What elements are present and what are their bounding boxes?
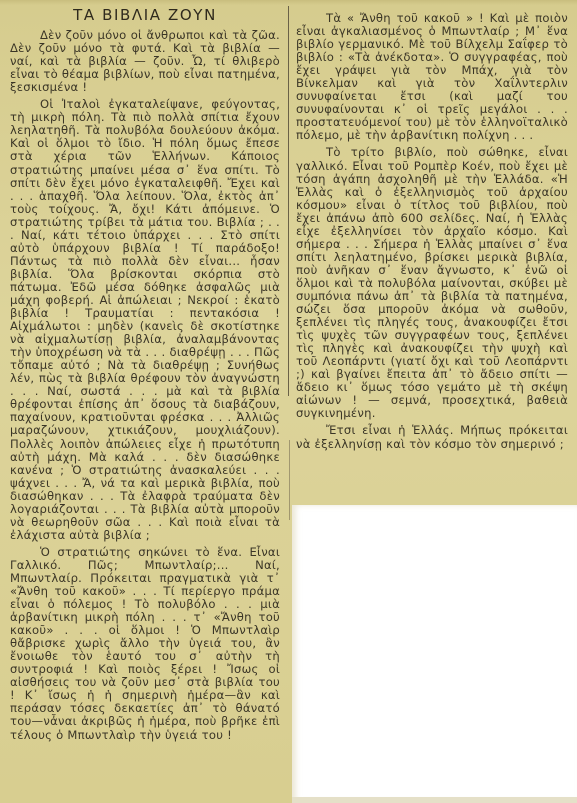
paragraph: Οἱ Ἰταλοὶ ἐγκαταλείψανε, φεύγοντας, τὴ μ… [10,98,280,542]
paragraph: Ἔτσι εἶναι ἡ Ἑλλάς. Μήπως πρόκειται νὰ ἐ… [296,424,568,450]
paragraph: Ὁ στρατιώτης σηκώνει τὸ ἕνα. Εἶναι Γαλλι… [10,546,280,742]
blank-area-bottom-edge [292,797,577,803]
article-title: ΤΑ ΒΙΒΛΙΑ ΖΟΥΝ [10,9,280,22]
paragraph: Τὰ « Ἄνθη τοῦ κακοῦ » ! Καὶ μὲ ποιὸν εἶν… [296,12,568,142]
newspaper-clipping: ΤΑ ΒΙΒΛΙΑ ΖΟΥΝ Δὲν ζοῦν μόνο οἱ ἄνθρωποι… [0,0,577,803]
blank-paper-area [292,505,577,803]
right-column: Τὰ « Ἄνθη τοῦ κακοῦ » ! Καὶ μὲ ποιὸν εἶν… [296,12,568,451]
left-column: ΤΑ ΒΙΒΛΙΑ ΖΟΥΝ Δὲν ζοῦν μόνο οἱ ἄνθρωποι… [10,8,280,742]
paper-top-edge [0,0,577,5]
paragraph: Τὸ τρίτο βιβλίο, ποὺ σώθηκε, εἶναι γαλλι… [296,146,568,420]
paragraph: Δὲν ζοῦν μόνο οἱ ἄνθρωποι καὶ τὰ ζῶα. Δὲ… [10,29,280,94]
column-divider [288,6,289,396]
column-divider-lower [289,440,290,520]
